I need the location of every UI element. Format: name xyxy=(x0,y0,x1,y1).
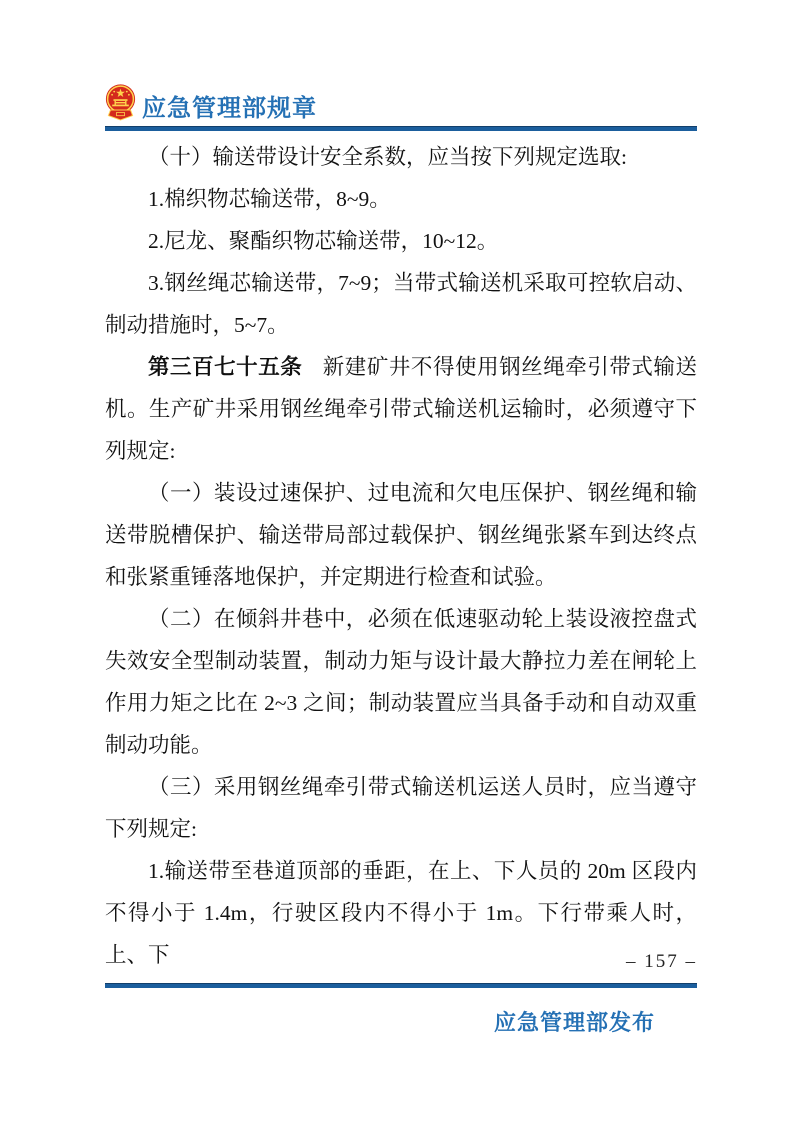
paragraph: （三）采用钢丝绳牵引带式输送机运送人员时，应当遵守下列规定: xyxy=(105,766,697,850)
paragraph: 3.钢丝绳芯输送带，7~9；当带式输送机采取可控软启动、制动措施时，5~7。 xyxy=(105,262,697,346)
document-text: （十）输送带设计安全系数，应当按下列规定选取: 1.棉织物芯输送带，8~9。 2… xyxy=(105,136,697,976)
paragraph: （一）装设过速保护、过电流和欠电压保护、钢丝绳和输送带脱槽保护、输送带局部过载保… xyxy=(105,472,697,598)
paragraph: （二）在倾斜井巷中，必须在低速驱动轮上装设液控盘式失效安全型制动装置，制动力矩与… xyxy=(105,598,697,766)
page-number: – 157 – xyxy=(626,948,697,976)
paragraph: （十）输送带设计安全系数，应当按下列规定选取: xyxy=(105,136,697,178)
paragraph: 2.尼龙、聚酯织物芯输送带，10~12。 xyxy=(105,220,697,262)
china-national-emblem-icon xyxy=(104,83,137,127)
paragraph: 1.输送带至巷道顶部的垂距，在上、下人员的 20m 区段内不得小于 1.4m，行… xyxy=(105,850,697,976)
paragraph-article-375: 第三百七十五条新建矿井不得使用钢丝绳牵引带式输送机。生产矿井采用钢丝绳牵引带式输… xyxy=(105,346,697,472)
page-title: 应急管理部规章 xyxy=(142,88,317,123)
page-header: 应急管理部规章 xyxy=(104,83,317,127)
paragraph: 1.棉织物芯输送带，8~9。 xyxy=(105,178,697,220)
header-divider xyxy=(105,126,697,131)
footer-divider xyxy=(105,983,697,988)
document-page: { "page": { "background": "#ffffff", "ac… xyxy=(0,0,793,1122)
publisher-label: 应急管理部发布 xyxy=(494,1006,655,1037)
article-number: 第三百七十五条 xyxy=(148,355,302,379)
